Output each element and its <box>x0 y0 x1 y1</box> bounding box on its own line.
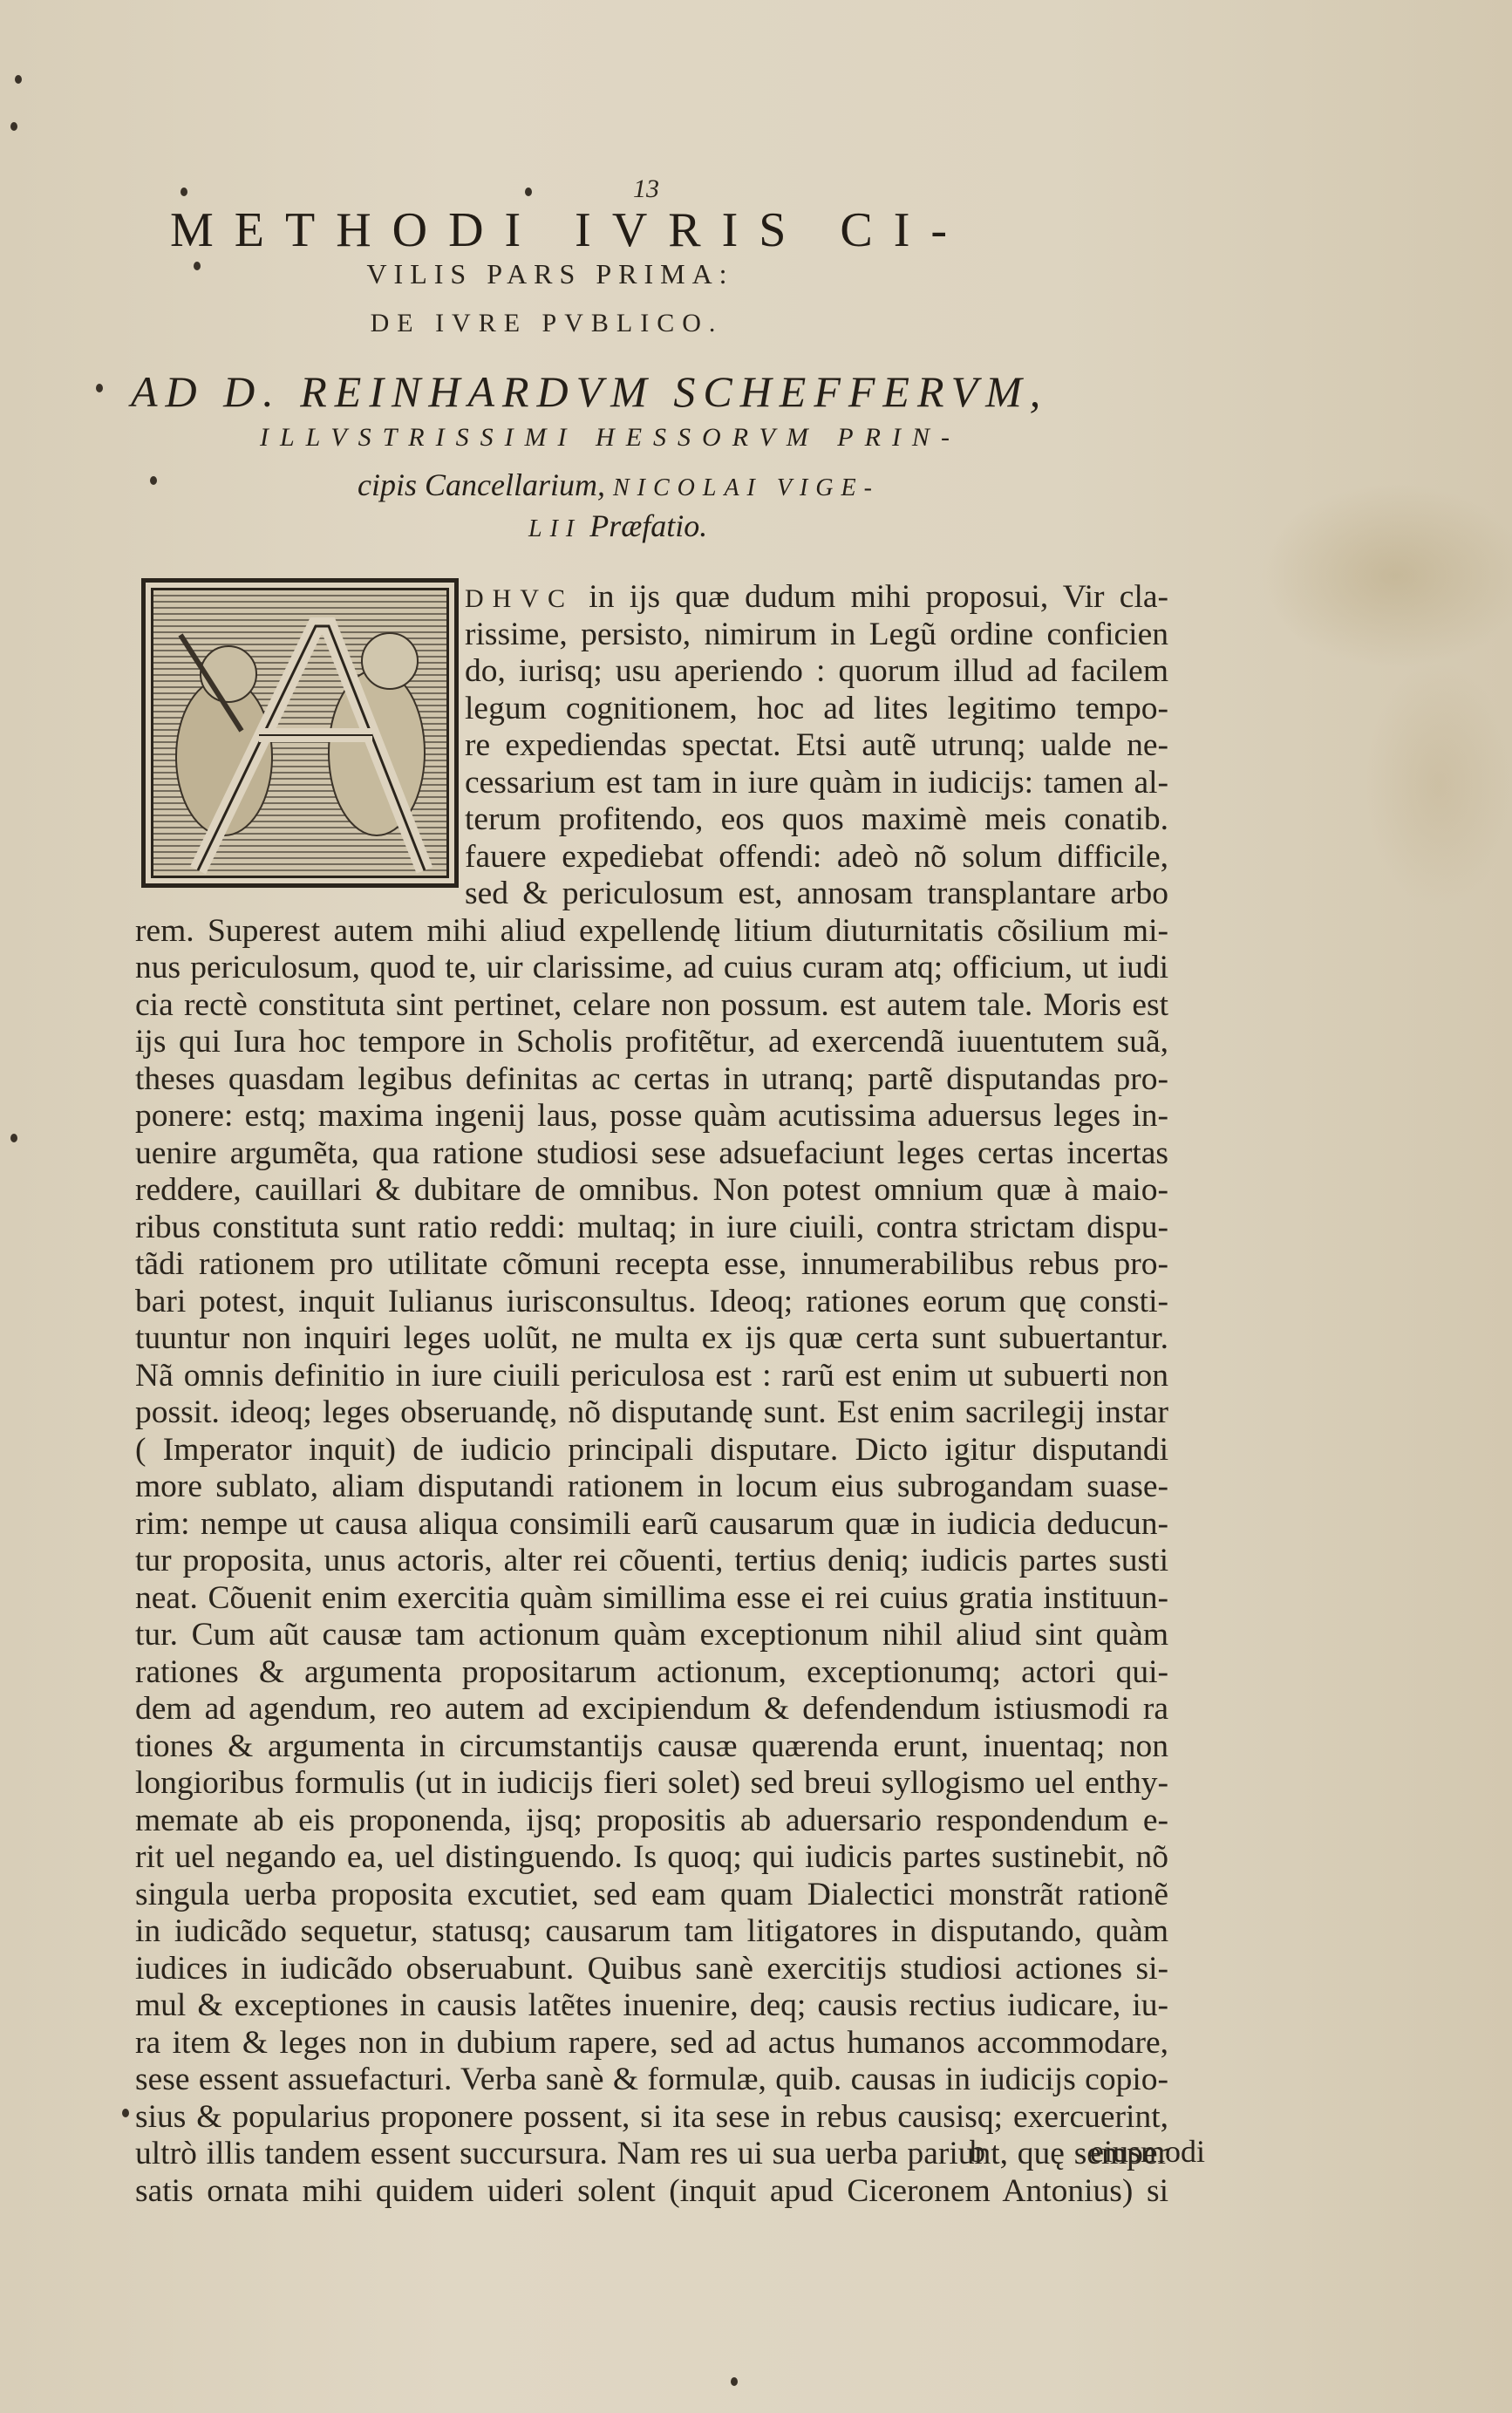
title-line-3: DE IVRE PVBLICO. <box>0 309 1512 338</box>
margin-speck <box>96 384 103 392</box>
body-line: dem ad agendum, reo autem ad excipiendum… <box>135 1691 1168 1728</box>
body-line: re expediendas spectat. Etsi autẽ utrunq… <box>135 727 1168 765</box>
body-line: tiones & argumenta in circumstantijs cau… <box>135 1728 1168 1766</box>
folio-number: 13 <box>633 174 659 204</box>
dedication-line-4: LII Præfatio. <box>528 508 707 544</box>
body-line: Nã omnis definitio in iure ciuili pericu… <box>135 1358 1168 1395</box>
margin-speck <box>10 1134 17 1142</box>
body-line: bari potest, inquit Iulianus iurisconsul… <box>135 1284 1168 1321</box>
body-line: ultrò illis tandem essent succursura. Na… <box>135 2136 1168 2173</box>
body-line: neat. Cõuenit enim exercitia quàm simill… <box>135 1580 1168 1618</box>
margin-speck <box>10 122 17 131</box>
body-line: longioribus formulis (ut in iudicijs fie… <box>135 1765 1168 1803</box>
body-line: tãdi rationem pro utilitate cõmuni recep… <box>135 1246 1168 1284</box>
margin-speck <box>150 476 157 485</box>
body-line: uenire argumẽta, qua ratione studiosi se… <box>135 1135 1168 1173</box>
body-line: ribus constituta sunt ratio reddi: multa… <box>135 1210 1168 1247</box>
body-line: sius & popularius proponere possent, si … <box>135 2099 1168 2137</box>
title-line-1: METHODI IVRIS CI- <box>170 202 968 258</box>
body-line: ( Imperator inquit) de iudicio principal… <box>135 1432 1168 1469</box>
dedication-line-4-caps: LII <box>528 515 582 542</box>
margin-speck <box>15 75 22 84</box>
body-line: reddere, cauillari & dubitare de omnibus… <box>135 1172 1168 1210</box>
body-line: ijs qui Iura hoc tempore in Scholis prof… <box>135 1024 1168 1061</box>
margin-speck <box>122 2109 129 2117</box>
body-line: satis ornata mihi quidem uideri solent (… <box>135 2173 1168 2211</box>
dedication-line-3-italic: cipis Cancellarium, <box>358 467 605 502</box>
dedication-line-1: AD D. REINHARDVM SCHEFFERVM, <box>131 366 1048 417</box>
dedication-line-3-caps: NICOLAI VIGE- <box>613 474 880 501</box>
body-line: rit uel negando ea, uel distinguendo. Is… <box>135 1839 1168 1877</box>
catchword: eiusmodi <box>1090 2133 1205 2170</box>
body-line: sed & periculosum est, annosam transplan… <box>135 876 1168 913</box>
body-line: fauere expediebat offendi: adeò nõ solum… <box>135 839 1168 876</box>
title-line-3-text: DE IVRE PVBLICO. <box>371 309 724 337</box>
body-line: legum cognitionem, hoc ad lites legitimo… <box>135 691 1168 728</box>
body-line: cia rectè constituta sint pertinet, cela… <box>135 987 1168 1025</box>
body-text: DHVC in ijs quæ dudum mihi proposui, Vir… <box>135 579 1168 2210</box>
body-line: more sublato, aliam disputandi rationem … <box>135 1469 1168 1506</box>
body-line: cessarium est tam in iure quàm in iudici… <box>135 765 1168 802</box>
body-line: possit. ideoq; leges obseruandę, nõ disp… <box>135 1394 1168 1432</box>
dedication-line-2: ILLVSTRISSIMI HESSORVM PRIN- <box>260 423 961 453</box>
signature-mark: b <box>970 2133 985 2170</box>
body-line: iudices in iudicãdo obseruabunt. Quibus … <box>135 1951 1168 1988</box>
body-line: do, iurisq; usu aperiendo : quorum illud… <box>135 653 1168 691</box>
body-line: tur. Cum aũt causæ tam actionum quàm exc… <box>135 1617 1168 1654</box>
body-line-1: DHVC in ijs quæ dudum mihi proposui, Vir… <box>135 579 1168 617</box>
body-line: terum profitendo, eos quos maximè meis c… <box>135 801 1168 839</box>
body-line: rem. Superest autem mihi aliud expellend… <box>135 913 1168 951</box>
body-line: ra item & leges non in dubium rapere, se… <box>135 2025 1168 2062</box>
dedication-line-4-italic: Præfatio. <box>589 508 707 543</box>
margin-speck <box>525 187 532 196</box>
margin-speck <box>180 187 187 196</box>
body-line: tuuntur non inquiri leges uolũt, ne mult… <box>135 1320 1168 1358</box>
body-line: rationes & argumenta propositarum action… <box>135 1654 1168 1692</box>
title-line-2: VILIS PARS PRIMA: <box>0 258 1512 290</box>
body-line: singula uerba proposita excutiet, sed ea… <box>135 1877 1168 1914</box>
body-line: memate ab eis proponenda, ijsq; proposit… <box>135 1803 1168 1840</box>
body-line: sese essent assuefacturi. Verba sanè & f… <box>135 2062 1168 2099</box>
body-line: theses quasdam legibus definitas ac cert… <box>135 1061 1168 1099</box>
body-line: ponere: estq; maxima ingenij laus, posse… <box>135 1098 1168 1135</box>
title-line-2-text: VILIS PARS PRIMA: <box>366 258 733 290</box>
body-line: rissime, persisto, nimirum in Legũ ordin… <box>135 617 1168 654</box>
body-line: mul & exceptiones in causis latẽtes inue… <box>135 1987 1168 2025</box>
body-line: rim: nempe ut causa aliqua consimili ear… <box>135 1506 1168 1544</box>
dedication-line-3: cipis Cancellarium, NICOLAI VIGE- <box>358 467 880 503</box>
body-line: in iudicãdo sequetur, statusq; causarum … <box>135 1913 1168 1951</box>
margin-speck <box>731 2377 738 2386</box>
body-line: tur proposita, unus actoris, alter rei c… <box>135 1543 1168 1580</box>
body-line: nus periculosum, quod te, uir clarissime… <box>135 950 1168 987</box>
first-word: DHVC <box>465 584 574 613</box>
